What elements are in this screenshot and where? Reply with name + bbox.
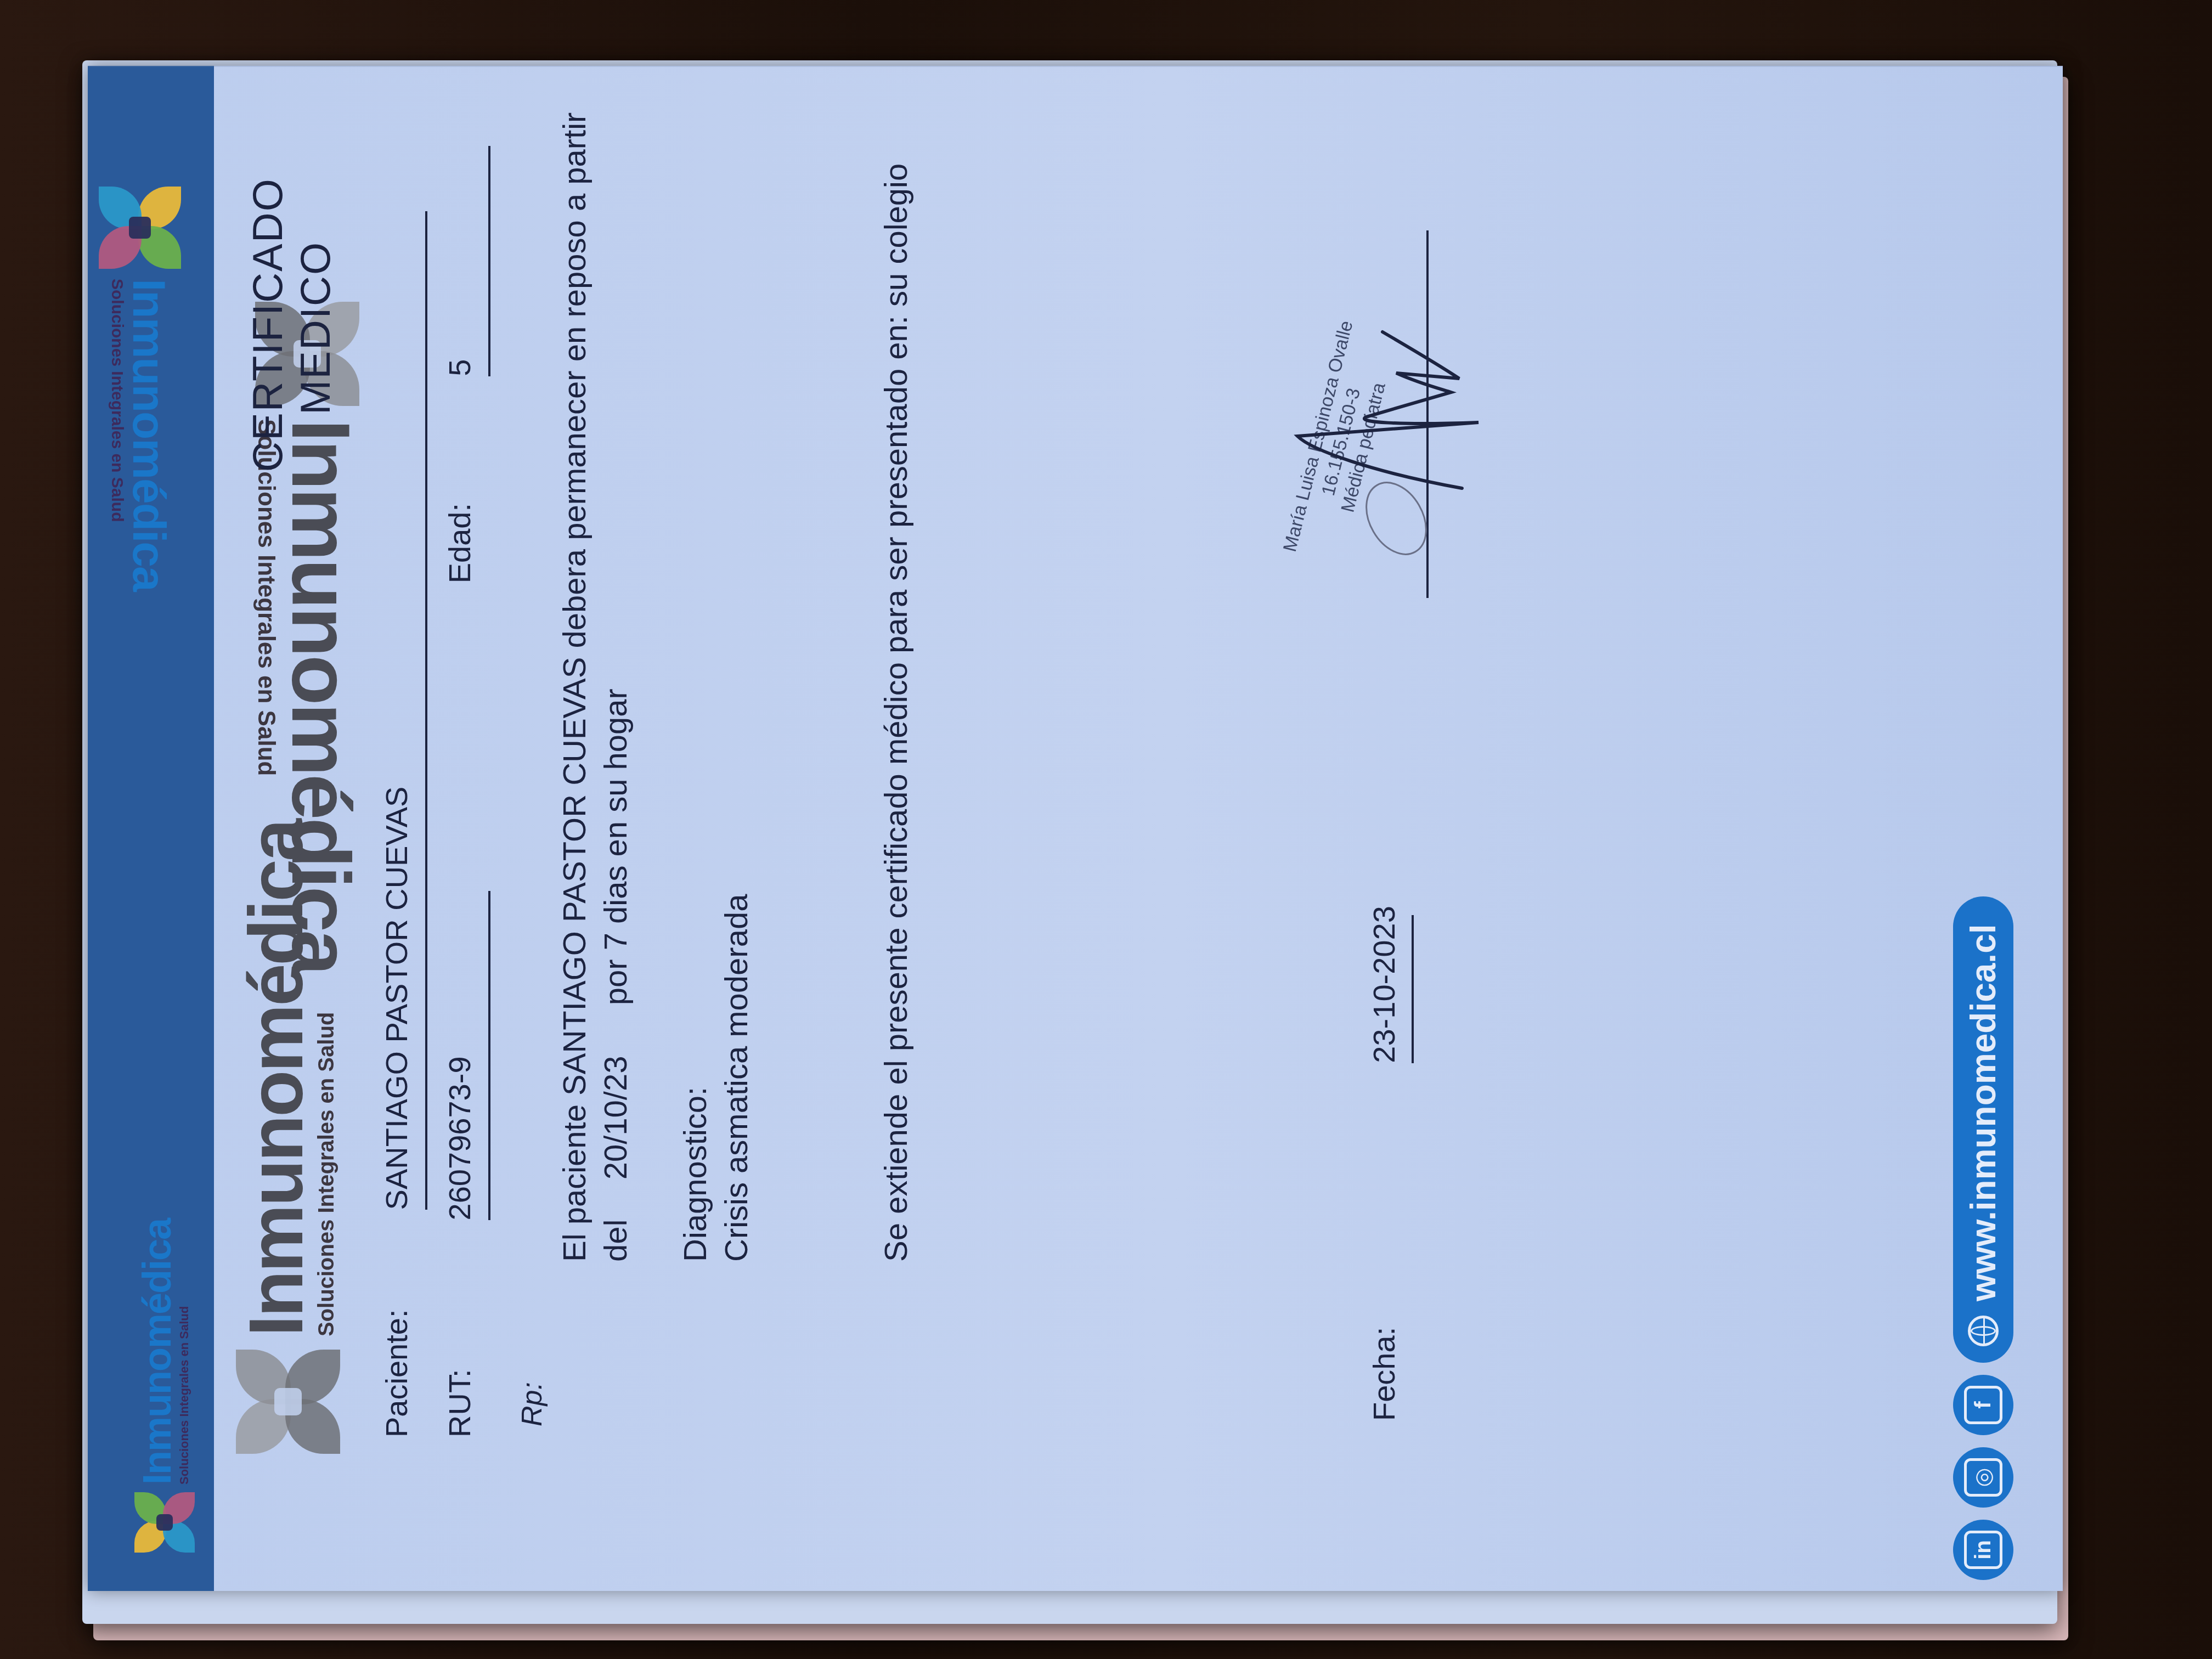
- age-label: Edad:: [442, 503, 477, 583]
- rest-line-1: El paciente SANTIAGO PASTOR CUEVAS deber…: [554, 112, 595, 1262]
- rp-label: Rp:: [516, 1382, 549, 1426]
- diagnosis-label: Diagnostico:: [675, 894, 716, 1262]
- footer-links: in ◎ f www.inmunomedica.cl: [1953, 896, 2013, 1580]
- rut-age-row: RUT: 26079673-9 Edad: 5: [442, 146, 490, 1437]
- title-line-1: CERTIFICADO: [244, 241, 292, 472]
- instagram-icon[interactable]: ◎: [1953, 1447, 2013, 1508]
- brand-name-gray-large: Inmunomédica: [238, 821, 314, 1336]
- doctor-signature: [1234, 307, 1481, 614]
- flower-logo-icon: [134, 1492, 195, 1553]
- title-line-2: MEDICO: [292, 241, 340, 472]
- facebook-icon[interactable]: f: [1953, 1375, 2013, 1435]
- diagnosis-value: Crisis asmatica moderada: [716, 894, 757, 1262]
- date-row: Fecha: 23-10-2023: [1366, 915, 1414, 1421]
- patient-row: Paciente: SANTIAGO PASTOR CUEVAS: [379, 211, 427, 1437]
- brand-tagline-color: Soluciones Integrales en Salud: [177, 1219, 191, 1485]
- diagnosis-block: Diagnostico: Crisis asmatica moderada: [675, 894, 758, 1262]
- brand-logo-gray-large: Inmunomédica Soluciones Integrales en Sa…: [236, 821, 340, 1454]
- age-value: 5: [442, 359, 477, 376]
- date-label: Fecha:: [1367, 1327, 1401, 1421]
- globe-icon: [1968, 1316, 1999, 1346]
- rest-from-label: del: [598, 1220, 634, 1262]
- linkedin-icon[interactable]: in: [1953, 1520, 2013, 1580]
- document-text-overlay: CERTIFICADO MEDICO Paciente: SANTIAGO PA…: [0, 0, 2212, 1659]
- website-link[interactable]: www.inmunomedica.cl: [1953, 896, 2013, 1363]
- rut-value: 26079673-9: [442, 1056, 477, 1220]
- rest-duration: por 7 dias en su hogar: [598, 689, 634, 1005]
- rest-instruction: El paciente SANTIAGO PASTOR CUEVAS deber…: [554, 112, 637, 1262]
- date-value: 23-10-2023: [1367, 906, 1401, 1063]
- brand-logo-color: Inmunomédica Soluciones Integrales en Sa…: [134, 1219, 195, 1553]
- closing-statement: Se extiende el presente certificado médi…: [878, 163, 915, 1262]
- patient-name-value: SANTIAGO PASTOR CUEVAS: [379, 787, 414, 1210]
- certificate-title: CERTIFICADO MEDICO: [244, 241, 340, 472]
- gray-flower-logo-icon: [236, 1350, 340, 1454]
- rut-label: RUT:: [442, 1369, 477, 1437]
- brand-name-color: Inmunomédica: [138, 1219, 177, 1485]
- patient-label: Paciente:: [379, 1310, 414, 1438]
- website-url: www.inmunomedica.cl: [1963, 924, 2004, 1301]
- rest-start-date: 20/10/23: [598, 1056, 634, 1180]
